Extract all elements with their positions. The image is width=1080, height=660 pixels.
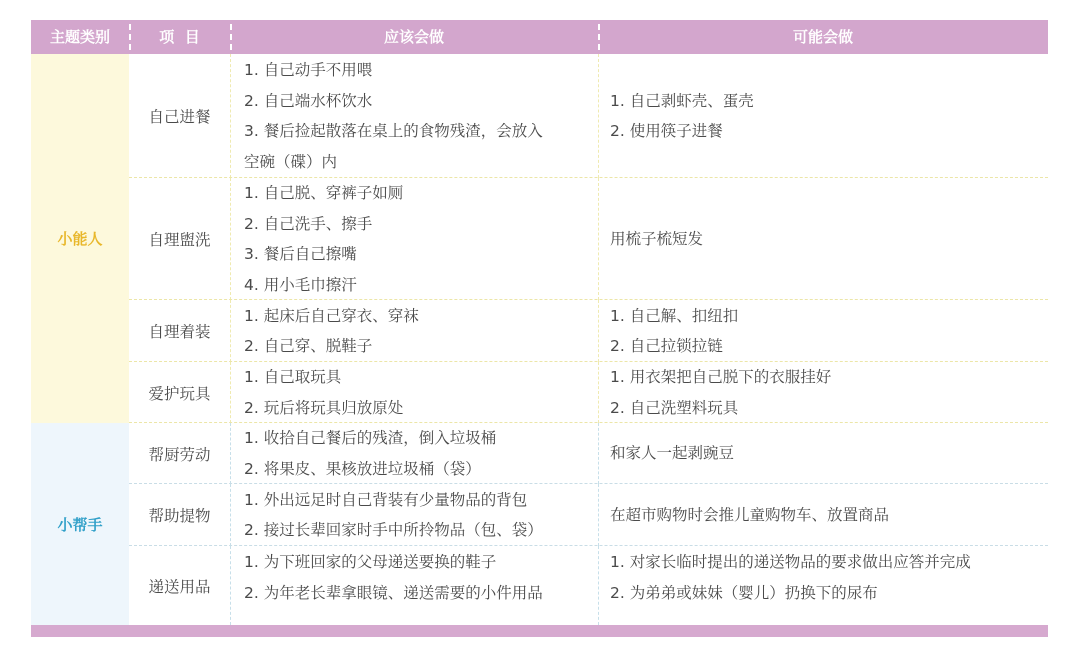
item-cell: 递送用品 (129, 546, 230, 625)
table-footer-bar (31, 625, 1048, 637)
table-row: 自己进餐 1. 自己动手不用喂 2. 自己端水杯饮水 3. 餐后捡起散落在桌上的… (129, 54, 1048, 178)
item-cell: 自理着装 (129, 300, 230, 362)
should-do-line: 2. 为年老长辈拿眼镜、递送需要的小件用品 (244, 578, 598, 609)
may-do-cell: 1. 自己剥虾壳、蛋壳 2. 使用筷子进餐 (598, 54, 1048, 178)
may-do-line: 1. 用衣架把自己脱下的衣服挂好 (610, 362, 1048, 393)
header-may-do: 可能会做 (598, 20, 1048, 54)
category-label: 小能人 (57, 228, 102, 249)
item-label: 递送用品 (148, 575, 210, 597)
category-cell-little-helper: 小帮手 (31, 423, 129, 625)
may-do-line: 用梳子梳短发 (610, 224, 1048, 255)
table-row: 帮助提物 1. 外出远足时自己背装有少量物品的背包 2. 接过长辈回家时手中所拎… (129, 484, 1048, 546)
column-divider (598, 362, 599, 423)
may-do-cell: 用梳子梳短发 (598, 178, 1048, 300)
may-do-line: 在超市购物时会推儿童购物车、放置商品 (610, 500, 1048, 531)
may-do-cell: 1. 用衣架把自己脱下的衣服挂好 2. 自己洗塑料玩具 (598, 362, 1048, 423)
item-cell: 自己进餐 (129, 54, 230, 178)
may-do-line: 和家人一起剥豌豆 (610, 438, 1048, 469)
should-do-line: 2. 自己洗手、擦手 (244, 209, 598, 240)
column-divider (598, 300, 599, 362)
table-header: 主题类别 项 目 应该会做 可能会做 (31, 20, 1048, 54)
should-do-line: 2. 自己端水杯饮水 (244, 86, 598, 117)
should-do-cell: 1. 起床后自己穿衣、穿袜 2. 自己穿、脱鞋子 (230, 300, 598, 362)
header-category: 主题类别 (31, 20, 129, 54)
should-do-line: 3. 餐后捡起散落在桌上的食物残渣，会放入 (244, 116, 598, 147)
table-row: 帮厨劳动 1. 收拾自己餐后的残渣，倒入垃圾桶 2. 将果皮、果核放进垃圾桶（袋… (129, 423, 1048, 484)
may-do-cell: 1. 自己解、扣纽扣 2. 自己拉锁拉链 (598, 300, 1048, 362)
table-row: 自理盥洗 1. 自己脱、穿裤子如厕 2. 自己洗手、擦手 3. 餐后自己擦嘴 4… (129, 178, 1048, 300)
should-do-line: 1. 自己脱、穿裤子如厕 (244, 178, 598, 209)
item-label: 帮厨劳动 (148, 443, 210, 465)
may-do-line: 1. 自己剥虾壳、蛋壳 (610, 86, 1048, 117)
should-do-line: 1. 起床后自己穿衣、穿袜 (244, 301, 598, 332)
category-label: 小帮手 (57, 514, 102, 535)
item-label: 自理着装 (148, 320, 210, 342)
may-do-cell: 和家人一起剥豌豆 (598, 423, 1048, 484)
may-do-line: 1. 对家长临时提出的递送物品的要求做出应答并完成 (610, 547, 1048, 578)
item-label: 自理盥洗 (148, 228, 210, 250)
column-divider (598, 423, 599, 484)
column-divider (230, 54, 231, 178)
should-do-line: 空碗（碟）内 (244, 147, 598, 178)
table-row: 递送用品 1. 为下班回家的父母递送要换的鞋子 2. 为年老长辈拿眼镜、递送需要… (129, 546, 1048, 625)
should-do-line: 1. 外出远足时自己背装有少量物品的背包 (244, 485, 598, 516)
should-do-line: 2. 玩后将玩具归放原处 (244, 393, 598, 424)
should-do-cell: 1. 外出远足时自己背装有少量物品的背包 2. 接过长辈回家时手中所拎物品（包、… (230, 484, 598, 546)
should-do-line: 2. 自己穿、脱鞋子 (244, 331, 598, 362)
should-do-cell: 1. 收拾自己餐后的残渣，倒入垃圾桶 2. 将果皮、果核放进垃圾桶（袋） (230, 423, 598, 484)
column-divider (230, 362, 231, 423)
category-cell-little-capable: 小能人 (31, 54, 129, 423)
should-do-line: 4. 用小毛巾擦汗 (244, 270, 598, 301)
column-divider (230, 178, 231, 300)
item-cell: 爱护玩具 (129, 362, 230, 423)
column-divider (230, 300, 231, 362)
item-label: 帮助提物 (148, 504, 210, 526)
may-do-line: 2. 使用筷子进餐 (610, 116, 1048, 147)
item-cell: 自理盥洗 (129, 178, 230, 300)
item-label: 自己进餐 (148, 105, 210, 127)
column-divider (598, 54, 599, 178)
table-row: 自理着装 1. 起床后自己穿衣、穿袜 2. 自己穿、脱鞋子 1. 自己解、扣纽扣… (129, 300, 1048, 362)
column-divider (598, 546, 599, 625)
should-do-cell: 1. 自己动手不用喂 2. 自己端水杯饮水 3. 餐后捡起散落在桌上的食物残渣，… (230, 54, 598, 178)
item-cell: 帮助提物 (129, 484, 230, 546)
should-do-cell: 1. 为下班回家的父母递送要换的鞋子 2. 为年老长辈拿眼镜、递送需要的小件用品 (230, 546, 598, 625)
should-do-line: 2. 将果皮、果核放进垃圾桶（袋） (244, 454, 598, 485)
column-divider (598, 484, 599, 546)
may-do-cell: 在超市购物时会推儿童购物车、放置商品 (598, 484, 1048, 546)
column-divider (230, 423, 231, 484)
table-row: 爱护玩具 1. 自己取玩具 2. 玩后将玩具归放原处 1. 用衣架把自己脱下的衣… (129, 362, 1048, 423)
column-divider (230, 546, 231, 625)
should-do-cell: 1. 自己取玩具 2. 玩后将玩具归放原处 (230, 362, 598, 423)
should-do-line: 3. 餐后自己擦嘴 (244, 239, 598, 270)
column-divider (230, 484, 231, 546)
item-cell: 帮厨劳动 (129, 423, 230, 484)
should-do-line: 2. 接过长辈回家时手中所拎物品（包、袋） (244, 515, 598, 546)
should-do-line: 1. 自己动手不用喂 (244, 55, 598, 86)
should-do-line: 1. 自己取玩具 (244, 362, 598, 393)
header-should-do: 应该会做 (230, 20, 598, 54)
should-do-cell: 1. 自己脱、穿裤子如厕 2. 自己洗手、擦手 3. 餐后自己擦嘴 4. 用小毛… (230, 178, 598, 300)
item-label: 爱护玩具 (148, 382, 210, 404)
may-do-line: 1. 自己解、扣纽扣 (610, 301, 1048, 332)
may-do-cell: 1. 对家长临时提出的递送物品的要求做出应答并完成 2. 为弟弟或妹妹（婴儿）扔… (598, 546, 1048, 625)
header-item: 项 目 (129, 20, 230, 54)
should-do-line: 1. 收拾自己餐后的残渣，倒入垃圾桶 (244, 423, 598, 454)
may-do-line: 2. 为弟弟或妹妹（婴儿）扔换下的尿布 (610, 578, 1048, 609)
should-do-line: 1. 为下班回家的父母递送要换的鞋子 (244, 547, 598, 578)
may-do-line: 2. 自己洗塑料玩具 (610, 393, 1048, 424)
column-divider (598, 178, 599, 300)
may-do-line: 2. 自己拉锁拉链 (610, 331, 1048, 362)
